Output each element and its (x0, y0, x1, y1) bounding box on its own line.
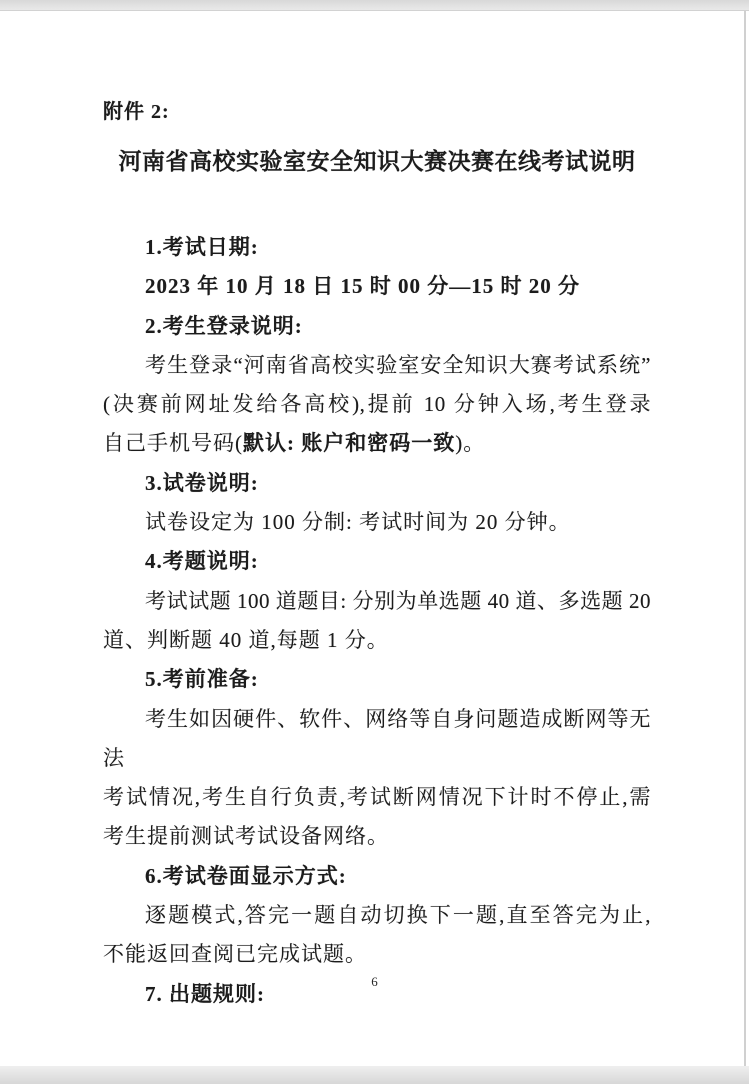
attachment-label: 附件 2: (103, 96, 651, 128)
scanner-bottom-bar (0, 1066, 749, 1084)
heading-6-display-mode: 6.考试卷面显示方式: (103, 857, 651, 896)
question-paragraph-line-1: 考试试题 100 道题目: 分别为单选题 40 道、多选题 20 (103, 582, 651, 621)
preparation-paragraph-line-1: 考生如因硬件、软件、网络等自身问题造成断网等无法 (103, 700, 651, 779)
document-content: 附件 2: 河南省高校实验室安全知识大赛决赛在线考试说明 1.考试日期: 202… (103, 0, 651, 1014)
page-right-edge (744, 11, 746, 1066)
login-paragraph-line-1: 考生登录“河南省高校实验室安全知识大赛考试系统” (103, 346, 651, 385)
question-paragraph-line-2: 道、判断题 40 道,每题 1 分。 (103, 621, 651, 660)
document-title: 河南省高校实验室安全知识大赛决赛在线考试说明 (103, 144, 651, 180)
display-mode-paragraph-line-2: 不能返回查阅已完成试题。 (103, 935, 651, 974)
login-paragraph-line-3: 自己手机号码(默认: 账户和密码一致)。 (103, 424, 651, 463)
exam-date-value: 2023 年 10 月 18 日 15 时 00 分—15 时 20 分 (103, 267, 651, 306)
heading-2-login-instructions: 2.考生登录说明: (103, 307, 651, 346)
display-mode-paragraph-line-1: 逐题模式,答完一题自动切换下一题,直至答完为止, (103, 896, 651, 935)
heading-3-paper-description: 3.试卷说明: (103, 464, 651, 503)
preparation-paragraph-line-2: 考试情况,考生自行负责,考试断网情况下计时不停止,需 (103, 778, 651, 817)
heading-5-preparation: 5.考前准备: (103, 660, 651, 699)
heading-4-question-description: 4.考题说明: (103, 542, 651, 581)
document-body: 1.考试日期: 2023 年 10 月 18 日 15 时 00 分—15 时 … (103, 228, 651, 1014)
heading-1-exam-date: 1.考试日期: (103, 228, 651, 267)
login-paragraph-line-2: (决赛前网址发给各高校),提前 10 分钟入场,考生登录 (103, 385, 651, 424)
paper-description-line: 试卷设定为 100 分制: 考试时间为 20 分钟。 (103, 503, 651, 542)
preparation-paragraph-line-3: 考生提前测试考试设备网络。 (103, 817, 651, 856)
page-number: 6 (0, 973, 749, 991)
login-line3-pre: 自己手机号码( (103, 431, 243, 455)
scanned-document-page: 附件 2: 河南省高校实验室安全知识大赛决赛在线考试说明 1.考试日期: 202… (0, 0, 749, 1084)
login-default-password-note: 默认: 账户和密码一致 (243, 431, 455, 455)
login-line3-post: )。 (455, 431, 485, 455)
